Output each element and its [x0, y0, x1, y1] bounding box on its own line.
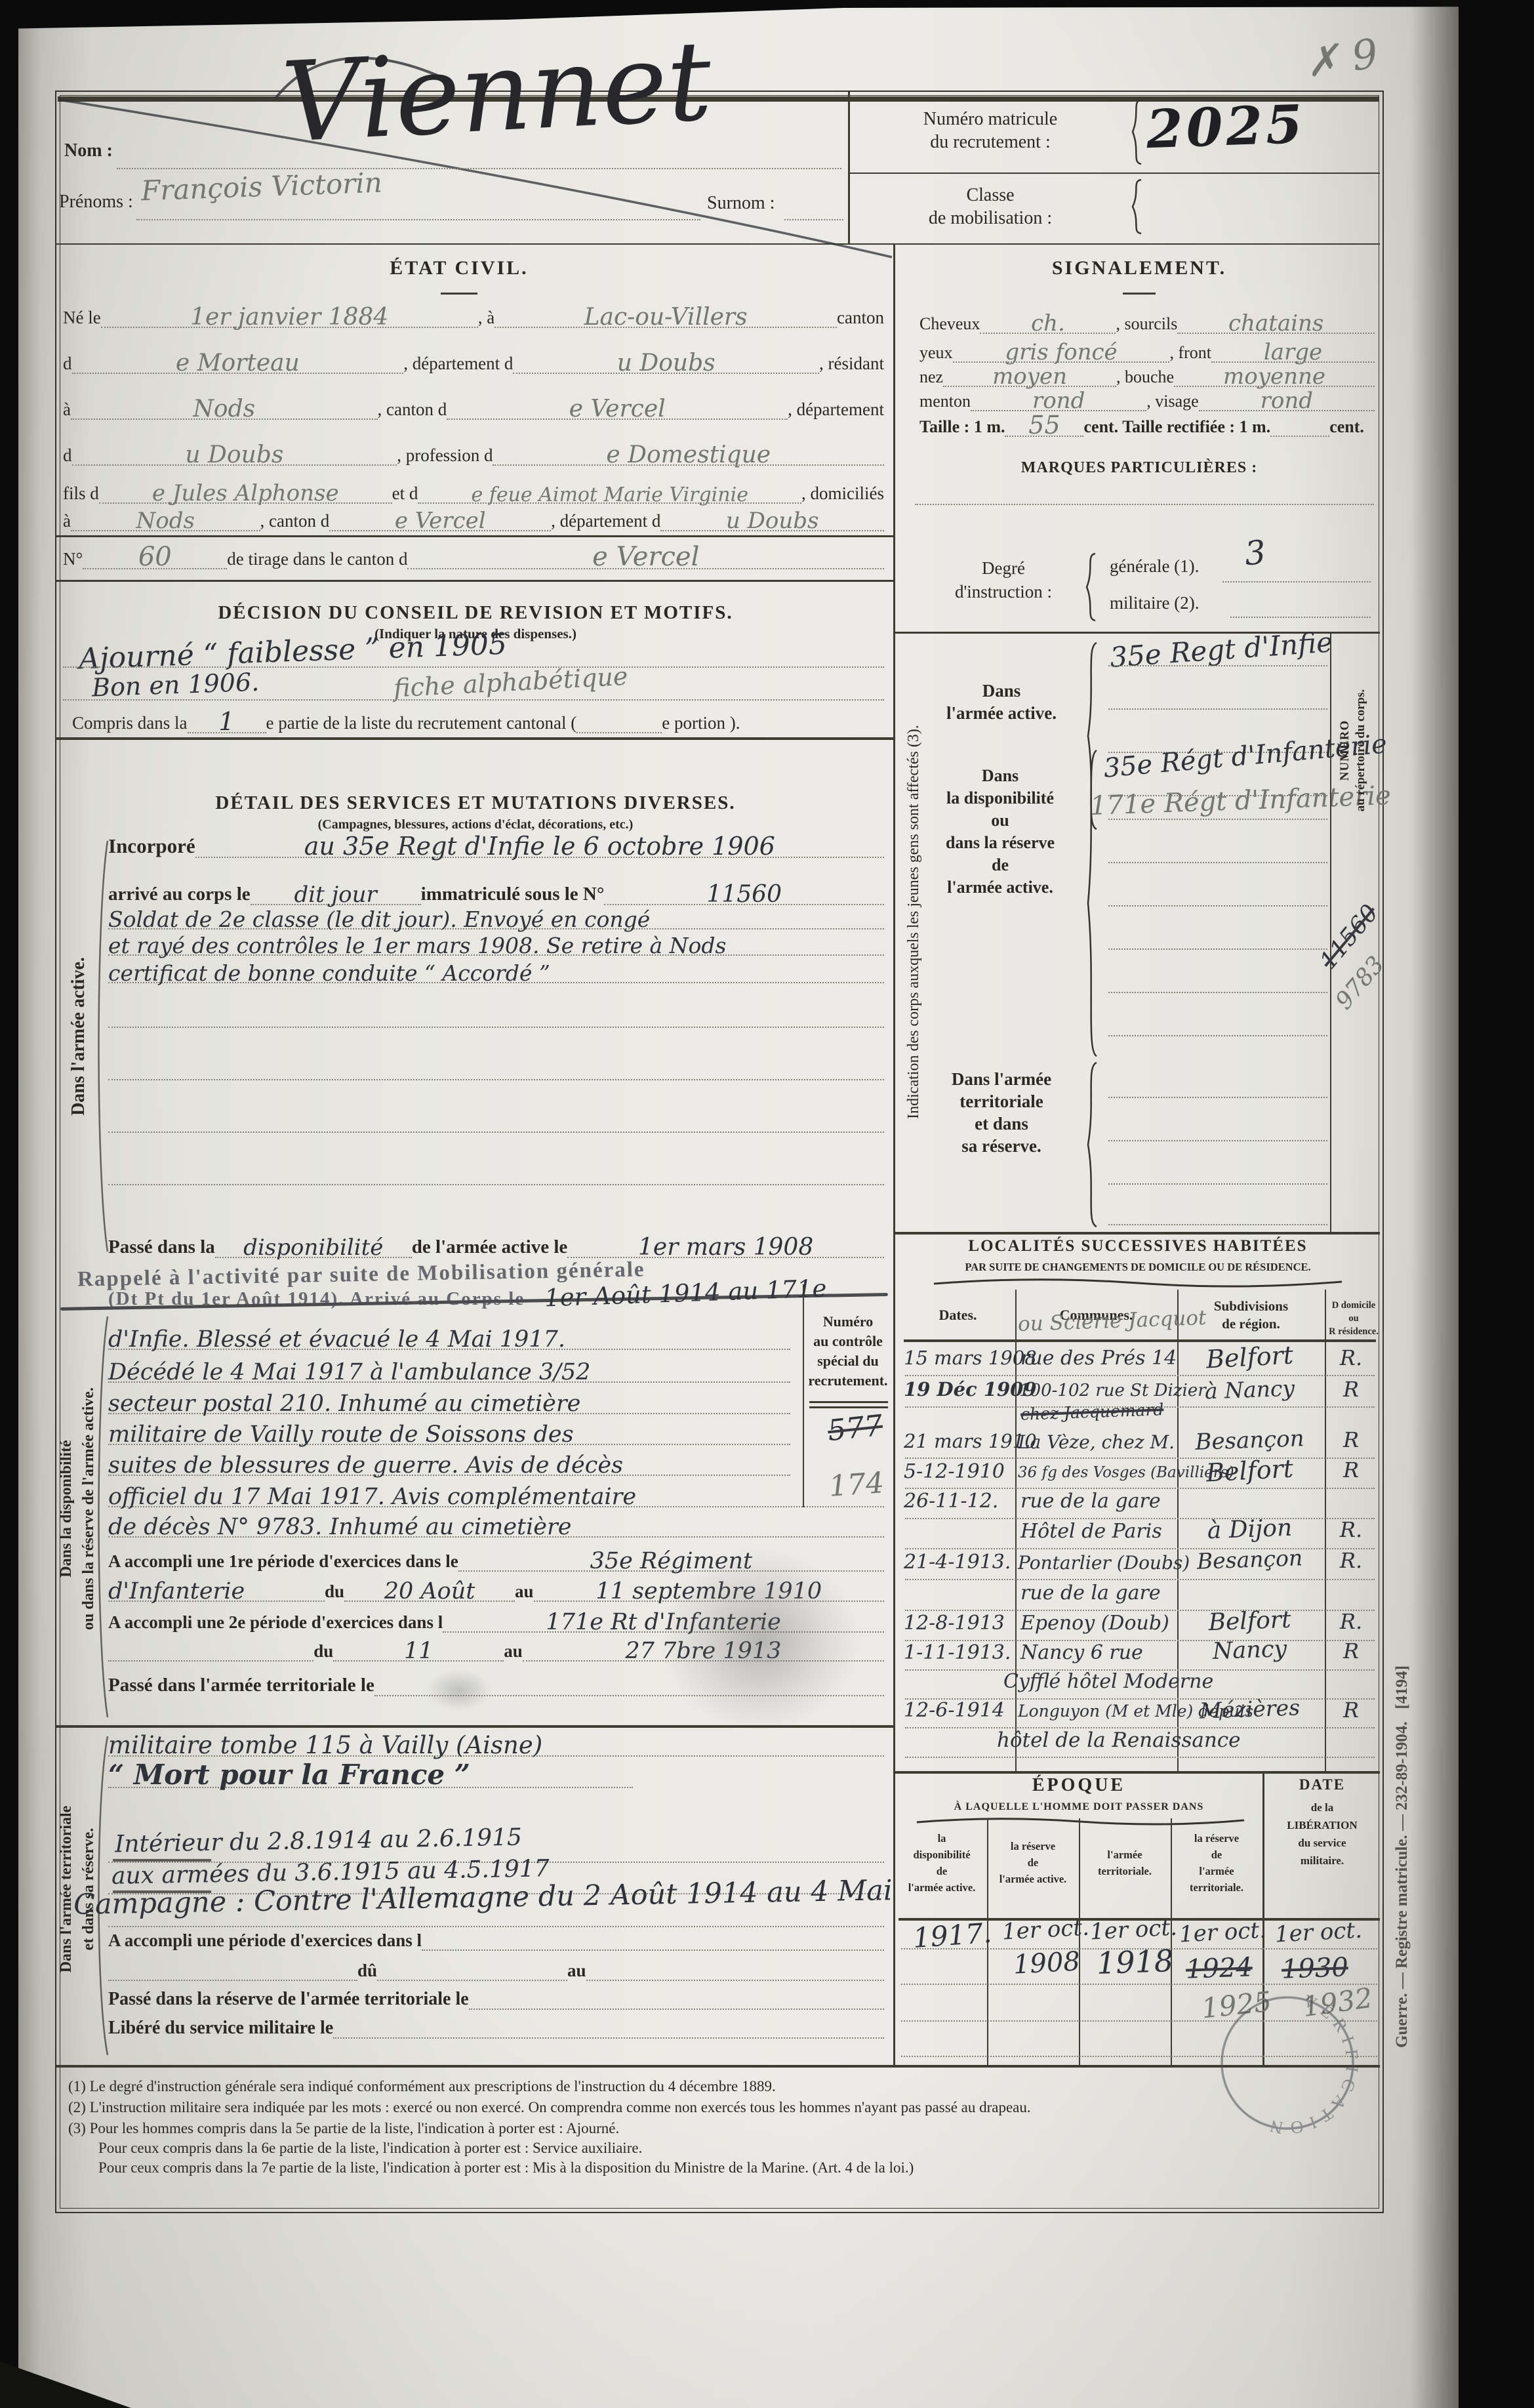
- corps-dotline: [1108, 1224, 1327, 1225]
- passe-reserve-territoriale-line: Passé dans la réserve de l'armée territo…: [108, 1980, 884, 2010]
- passe-disponibilite-line: Passé dans la disponibilité de l'armée a…: [108, 1228, 884, 1258]
- localites-row-dr: R.: [1326, 1345, 1376, 1370]
- degre-generale-dotline: [1222, 581, 1371, 582]
- corps-dotline: [1108, 862, 1327, 863]
- etat-civil-line-5: fils d e Jules Alphonse et d e feue Aimo…: [63, 474, 884, 504]
- corps-active-label: Dans l'armée active.: [926, 680, 1077, 724]
- reserve-line-2-value: Décédé le 4 Mai 1917 à l'ambulance 3/52: [108, 1359, 590, 1385]
- scan-right-edge: [1459, 0, 1534, 2408]
- localites-row-subdivision: Besançon: [1179, 1425, 1320, 1456]
- reserve-line-6: officiel du 17 Mai 1917. Avis complément…: [108, 1477, 884, 1507]
- signalement-title: SIGNALEMENT.: [951, 257, 1327, 279]
- localites-row-subdivision: à Dijon: [1179, 1513, 1320, 1545]
- localites-row-subdivision: Besançon: [1179, 1544, 1320, 1574]
- localites-row-commune: rue de la gare: [1020, 1582, 1161, 1604]
- corps-dotline: [1108, 949, 1327, 950]
- footnote-5: Pour ceux compris dans la 7e partie de l…: [98, 2159, 1377, 2176]
- controle-rule-1: [809, 1401, 888, 1403]
- territorial-line-2: “ Mort pour la France ”: [108, 1755, 633, 1788]
- controle-crossed-value: 577: [826, 1409, 885, 1448]
- repertoire-label-1: NUMÉRO: [1338, 635, 1352, 866]
- du-1-value: 20 Août: [384, 1578, 475, 1604]
- footnote-4: Pour ceux compris dans la 6e partie de l…: [98, 2140, 1377, 2157]
- epoque-col-5-value: 1er oct.: [1274, 1917, 1363, 1948]
- localites-row-date: 12-8-1913: [904, 1612, 1005, 1635]
- divider-main: [893, 243, 895, 2065]
- epoque-col-4-value: 1er oct.: [1179, 1917, 1267, 1948]
- sourcils-value: chatains: [1228, 310, 1323, 337]
- birth-place: Lac-ou-Villers: [584, 304, 748, 331]
- localites-row-commune: Epenoy (Doub): [1020, 1612, 1169, 1635]
- corps-territoriale-label: Dans l'armée territoriale et dans sa rés…: [926, 1068, 1077, 1157]
- corps-dotline: [1108, 992, 1327, 993]
- epoque-vline-3: [1171, 1818, 1172, 2065]
- du-2-value: 11: [404, 1638, 434, 1664]
- services-line-2: arrivé au corps le dit jour immatriculé …: [108, 875, 884, 905]
- services-empty-dotline: [108, 1132, 884, 1133]
- nom-label: Nom :: [64, 140, 113, 161]
- repertoire-label-2: au répertoire du corps.: [1354, 635, 1368, 866]
- corps-dotline: [1108, 1097, 1327, 1098]
- reserve-line-1: d'Infie. Blessé et évacué le 4 Mai 1917.: [108, 1320, 790, 1350]
- periode-1-value-2: d'Infanterie: [108, 1578, 245, 1604]
- taille-value: 55: [1028, 411, 1060, 439]
- compris-label-2: e partie de la liste du recrutement cant…: [266, 713, 577, 733]
- corps-dotline: [1108, 1183, 1327, 1185]
- canton-word: canton: [837, 308, 884, 328]
- cheveux-label: Cheveux: [919, 314, 980, 334]
- epoque-title: ÉPOQUE: [918, 1775, 1240, 1796]
- controle-label: Numéro au contrôle spécial du recrutemen…: [805, 1312, 891, 1391]
- corps-dotline: [1108, 905, 1327, 907]
- incorpore-label: Incorporé: [108, 834, 195, 858]
- degre-militaire-label: militaire (2).: [1110, 593, 1199, 613]
- passe-territoriale-label: Passé dans l'armée territoriale le: [108, 1675, 374, 1696]
- localites-row-date: 5-12-1910: [904, 1460, 1005, 1483]
- cheveux-value: ch.: [1031, 310, 1065, 337]
- epoque-col-3-header: l'armée territoriale.: [1081, 1847, 1169, 1879]
- localites-row-dr: R: [1326, 1377, 1376, 1402]
- territorial-periode-label: A accompli une période d'exercices dans …: [108, 1930, 422, 1951]
- decision-title: DÉCISION DU CONSEIL DE REVISION ET MOTIF…: [131, 602, 820, 624]
- services-title: DÉTAIL DES SERVICES ET MUTATIONS DIVERSE…: [131, 792, 820, 814]
- compris-label-3: e portion ).: [662, 713, 740, 733]
- profession-value: e Domestique: [606, 441, 771, 468]
- numero-tirage-label: N°: [63, 549, 83, 569]
- decision-dotline-2: [63, 699, 884, 701]
- epoque-col-2-value-2: 1908: [1013, 1946, 1081, 1980]
- reserve-line-3-value: secteur postal 210. Inhumé au cimetière: [108, 1391, 580, 1417]
- birth-departement: u Doubs: [617, 350, 716, 377]
- localites-col-dates: Dates.: [904, 1307, 1012, 1324]
- corps-terr-brace-icon: [1082, 1061, 1099, 1228]
- decision-dotline-1: [63, 666, 884, 668]
- etat-civil-title: ÉTAT CIVIL.: [275, 257, 643, 279]
- domicile-canton: e Vercel: [395, 508, 486, 534]
- epoque-col-1-value: 1917.: [912, 1917, 992, 1954]
- localites-subtitle: PAR SUITE DE CHANGEMENTS DE DOMICILE OU …: [918, 1261, 1358, 1274]
- reserve-line-1-value: d'Infie. Blessé et évacué le 4 Mai 1917.: [108, 1326, 565, 1353]
- passe-date: 1er mars 1908: [638, 1234, 813, 1261]
- d-label: d: [63, 354, 72, 374]
- localites-row-commune: hôtel de la Renaissance: [997, 1728, 1241, 1752]
- et-d-label: et d: [392, 483, 418, 504]
- ink-smudge-small: [426, 1669, 492, 1711]
- reserve-line-5-value: suites de blessures de guerre. Avis de d…: [108, 1452, 623, 1479]
- services-line-4-value: et rayé des contrôles le 1er mars 1908. …: [108, 933, 726, 958]
- corps-dispo-label: Dans la disponibilité ou dans la réserve…: [921, 765, 1079, 899]
- birth-date: 1er janvier 1884: [190, 304, 388, 331]
- reserve-line-7-value: de décès N° 9783. Inhumé au cimetière: [108, 1514, 571, 1540]
- localites-row-dotline: [905, 1757, 1375, 1758]
- rule-tirage-bottom: [56, 580, 893, 582]
- localites-flourish-icon: [931, 1278, 1344, 1288]
- localites-row-subdivision: Mézières: [1179, 1694, 1320, 1724]
- classe-brace-icon: [1127, 178, 1144, 235]
- departement-label-3: , département d: [551, 511, 660, 531]
- controle-divider: [803, 1284, 804, 1507]
- matricule-value: 2025: [1145, 93, 1306, 160]
- surnom-label: Surnom :: [707, 193, 775, 214]
- services-line-5-value: certificat de bonne conduite “ Accordé ”: [108, 960, 550, 986]
- localites-row-commune: 100-102 rue St Dizier: [1019, 1381, 1206, 1400]
- profession-label: , profession d: [397, 445, 493, 466]
- localites-row-commune: Nancy 6 rue: [1020, 1641, 1143, 1664]
- scan-right-shadow: [1410, 0, 1459, 2408]
- d2-label: d: [63, 445, 72, 466]
- mort-pour-la-france: “ Mort pour la France ”: [108, 1759, 470, 1791]
- a3-label: à: [63, 511, 71, 531]
- localites-title: LOCALITÉS SUCCESSIVES HABITÉES: [918, 1237, 1358, 1255]
- canton-label-2: , canton d: [260, 511, 330, 531]
- epoque-date-header-1: DATE: [1264, 1776, 1380, 1793]
- passe-value: disponibilité: [243, 1235, 383, 1261]
- classe-label: Classe de mobilisation :: [859, 184, 1121, 230]
- footnote-1: (1) Le degré d'instruction générale sera…: [68, 2078, 1373, 2095]
- rule-corps-bottom: [895, 1232, 1380, 1235]
- au-2-label: au: [504, 1641, 523, 1662]
- marques-label: MARQUES PARTICULIÈRES :: [951, 459, 1327, 477]
- numero-tirage-value: 60: [138, 542, 172, 572]
- a2-label: à: [63, 399, 71, 420]
- tirage-canton-label: de tirage dans le canton d: [227, 549, 407, 569]
- epoque-col-3-value: 1er oct.: [1089, 1915, 1178, 1946]
- localites-row-commune: Hôtel de Paris: [1020, 1520, 1162, 1543]
- matricule-label: Numéro matricule du recrutement :: [859, 108, 1121, 153]
- passe-label-2: de l'armée active le: [412, 1236, 568, 1258]
- signalement-dash: [1123, 293, 1156, 295]
- territorial-periode-line: A accompli une période d'exercices dans …: [108, 1921, 884, 1951]
- matricule-brace-icon: [1127, 98, 1144, 165]
- decision-line-2: Bon en 1906.: [91, 668, 260, 703]
- tirage-canton-value: e Vercel: [592, 542, 699, 572]
- epoque-col-4-header: la réserve de l'armée territoriale.: [1173, 1830, 1261, 1896]
- corps-side-label: Indication des corps auxquels les jeunes…: [905, 632, 923, 1212]
- reserve-line-6-value: officiel du 17 Mai 1917. Avis complément…: [108, 1484, 636, 1510]
- domicile-commune: Nods: [136, 508, 195, 534]
- services-side-label: Dans l'armée active.: [68, 823, 89, 1250]
- localites-row-date: 26-11-12.: [904, 1490, 998, 1513]
- reserve-line-7: de décès N° 9783. Inhumé au cimetière: [108, 1507, 884, 1538]
- au-label: au: [567, 1961, 586, 1981]
- rule-footnotes-top: [56, 2065, 1380, 2068]
- reserve-line-5: suites de blessures de guerre. Avis de d…: [108, 1446, 790, 1476]
- localites-row-commune: Cyfflé hôtel Moderne: [1003, 1670, 1213, 1693]
- localites-row-commune: Pontarlier (Doubs): [1018, 1552, 1190, 1574]
- services-line-3: Soldat de 2e classe (le dit jour). Envoy…: [108, 903, 884, 929]
- prenoms-label: Prénoms :: [59, 192, 133, 213]
- libere-label: Libéré du service militaire le: [108, 2018, 333, 2039]
- departement-label: , département d: [403, 354, 513, 374]
- passe-reserve-territoriale-label: Passé dans la réserve de l'armée territo…: [108, 1989, 469, 2010]
- footnote-2: (2) L'instruction militaire sera indiqué…: [68, 2099, 1373, 2116]
- corps-dotline: [1108, 819, 1327, 820]
- epoque-col-1-header: la disponibilité de l'armée active.: [898, 1830, 985, 1896]
- du-au-line: dû au: [108, 1951, 884, 1981]
- residence-commune: Nods: [193, 396, 255, 422]
- localites-row-commune: rue des Prés 14: [1020, 1347, 1177, 1370]
- epoque-flourish-icon: [915, 1817, 1246, 1826]
- degre-militaire-dotline: [1230, 617, 1371, 618]
- reserve-line-4: militaire de Vailly route de Soissons de…: [108, 1415, 790, 1445]
- corps-dotline: [1108, 1035, 1327, 1036]
- signalement-row-1: Cheveux ch. , sourcils chatains: [919, 305, 1375, 334]
- compris-value: 1: [218, 707, 234, 736]
- corps-dotline: [1108, 1140, 1327, 1141]
- taille-row: Taille : 1 m. 55 cent. Taille rectifiée …: [919, 408, 1375, 437]
- rule-decision-bottom: [56, 737, 893, 740]
- epoque-vline-2: [1079, 1818, 1080, 2065]
- scan-left-edge: [0, 0, 18, 2408]
- prenoms-dotline: [136, 219, 700, 220]
- localites-row-date: 12-6-1914: [904, 1699, 1005, 1722]
- departement-label-2: , département: [788, 399, 884, 420]
- epoque-subtitle: À LAQUELLE L'HOMME DOIT PASSER DANS: [905, 1801, 1253, 1813]
- periode-1-label: A accompli une 1re période d'exercices d…: [108, 1551, 458, 1572]
- epoque-col-2-header: la réserve de l'armée active.: [989, 1838, 1077, 1887]
- epoque-date-header-2: de la LIBÉRATION du service militaire.: [1264, 1799, 1380, 1869]
- signalement-row-4: menton rond , visage rond: [919, 382, 1375, 411]
- services-line-5: certificat de bonne conduite “ Accordé ”: [108, 957, 884, 983]
- services-empty-dotline: [108, 1027, 884, 1028]
- etat-civil-line-3: à Nods , canton d e Vercel , département: [63, 390, 884, 420]
- corps-dotline: [1108, 708, 1327, 710]
- domicilies-label: , domiciliés: [801, 483, 884, 504]
- localites-row-subdivision: Belfort: [1179, 1605, 1320, 1637]
- localites-row-dr: R: [1326, 1427, 1376, 1452]
- reserve-line-4-value: militaire de Vailly route de Soissons de…: [108, 1421, 574, 1448]
- margin-imprint: Guerre. — Registre matricule. — 232-89-1…: [1393, 1570, 1411, 2144]
- etat-civil-dash: [441, 293, 477, 295]
- marques-dotline: [915, 504, 1374, 505]
- etat-civil-line-2: d e Morteau , département d u Doubs , ré…: [63, 344, 884, 374]
- reserve-line-3: secteur postal 210. Inhumé au cimetière: [108, 1384, 790, 1414]
- localites-row-date: 21 mars 1910: [904, 1430, 1037, 1452]
- arrive-corps-stamp: (Dt Pt du 1er Août 1914). Arrivé au Corp…: [108, 1288, 525, 1310]
- localites-row-dr: R: [1326, 1698, 1376, 1723]
- incorpore-value: au 35e Regt d'Infie le 6 octobre 1906: [304, 832, 775, 861]
- degre-generale-label: générale (1).: [1110, 556, 1199, 577]
- residant-label: , résidant: [819, 354, 884, 374]
- localites-row-dotline: [905, 1579, 1375, 1580]
- domicile-departement: u Doubs: [726, 508, 819, 534]
- epoque-col-2-value: 1er oct.: [1001, 1915, 1090, 1946]
- compris-label-1: Compris dans la: [72, 713, 188, 733]
- etat-civil-line-4: d u Doubs , profession d e Domestique: [63, 436, 884, 466]
- etat-civil-line-6: à Nods , canton d e Vercel , département…: [63, 502, 884, 531]
- ne-le-label: Né le: [63, 308, 101, 328]
- corps-dotline: [1108, 665, 1327, 666]
- residence-canton: e Vercel: [569, 396, 666, 422]
- localites-col-dr: D domicile ou R résidence.: [1327, 1299, 1380, 1338]
- localites-row-commune: rue de la gare: [1020, 1490, 1161, 1513]
- fils-label: fils d: [63, 483, 99, 504]
- territorial-line-1: militaire tombe 115 à Vailly (Aisne): [108, 1726, 884, 1757]
- corner-mark: ✗ 9: [1302, 30, 1381, 87]
- nom-dotline: [117, 168, 841, 169]
- localites-row-dr: R.: [1326, 1548, 1376, 1573]
- taille-label: Taille : 1 m.: [919, 417, 1005, 437]
- services-empty-dotline: [108, 1184, 884, 1185]
- reserve-line-2: Décédé le 4 Mai 1917 à l'ambulance 3/52: [108, 1353, 790, 1383]
- controle-rule-2: [809, 1406, 888, 1408]
- military-register-page: Viennet Nom : Prénoms : François Victori…: [0, 0, 1534, 2408]
- localites-row-commune: La Vèze, chez M.: [1018, 1431, 1175, 1453]
- localites-row-dr: R.: [1326, 1609, 1376, 1634]
- localites-row-date: 1-11-1913.: [904, 1641, 1011, 1664]
- a-label: , à: [478, 308, 495, 328]
- reserve-side-label-1: Dans la disponibilité: [58, 1299, 75, 1719]
- du-label: dû: [357, 1961, 377, 1981]
- rule-localites-bottom: [895, 1771, 1380, 1774]
- epoque-col-3-value-2: 1918: [1096, 1943, 1174, 1981]
- compris-line: Compris dans la 1 e partie de la liste d…: [72, 703, 879, 733]
- libere-line: Libéré du service militaire le: [108, 2009, 884, 2039]
- taille-rectifiee-label: cent. Taille rectifiée : 1 m.: [1083, 417, 1270, 437]
- degre-label: Degré d'instruction :: [935, 556, 1072, 603]
- surnom-dotline: [784, 219, 843, 220]
- name-signature: Viennet: [279, 16, 714, 167]
- localites-row-dr: R.: [1326, 1517, 1376, 1542]
- ink-smudge: [662, 1548, 859, 1732]
- localites-row-date: 19 Déc 1909: [904, 1378, 1037, 1400]
- rule-matricule: [849, 173, 1380, 174]
- localites-row-subdivision: Nancy: [1179, 1635, 1320, 1665]
- residence-departement: u Doubs: [185, 441, 283, 468]
- services-line-4: et rayé des contrôles le 1er mars 1908. …: [108, 929, 884, 956]
- tirage-line: N° 60 de tirage dans le canton d e Verce…: [63, 537, 884, 569]
- periode-2-label: A accompli une 2e période d'exercices da…: [108, 1612, 443, 1633]
- localites-row-date: 15 mars 1908: [904, 1347, 1037, 1369]
- services-empty-dotline: [108, 1079, 884, 1080]
- services-line-1: Incorporé au 35e Regt d'Infie le 6 octob…: [108, 825, 884, 858]
- repertoire-divider: [1330, 634, 1331, 1232]
- canton-label: , canton d: [378, 399, 447, 420]
- cent-label: cent.: [1329, 417, 1364, 437]
- etat-civil-line-1: Né le 1er janvier 1884 , à Lac-ou-Viller…: [63, 298, 884, 328]
- footnote-3: (3) Pour les hommes compris dans la 5e p…: [68, 2120, 1373, 2137]
- sourcils-label: , sourcils: [1116, 314, 1177, 334]
- degre-generale-value: 3: [1243, 533, 1268, 573]
- localites-row-dotline: [905, 1488, 1375, 1489]
- degre-brace-icon: [1081, 552, 1098, 622]
- du-1-label: du: [325, 1582, 344, 1602]
- localites-row-dr: R: [1326, 1639, 1376, 1663]
- localites-row-dr: R: [1326, 1458, 1376, 1482]
- controle-value: 174: [828, 1466, 885, 1503]
- au-1-label: au: [515, 1582, 534, 1602]
- passe-label-1: Passé dans la: [108, 1236, 215, 1258]
- birth-canton: e Morteau: [176, 350, 300, 377]
- du-2-label: du: [313, 1641, 333, 1662]
- localites-row-date: 21-4-1913.: [904, 1551, 1011, 1574]
- localites-row-subdivision: à Nancy: [1179, 1374, 1320, 1404]
